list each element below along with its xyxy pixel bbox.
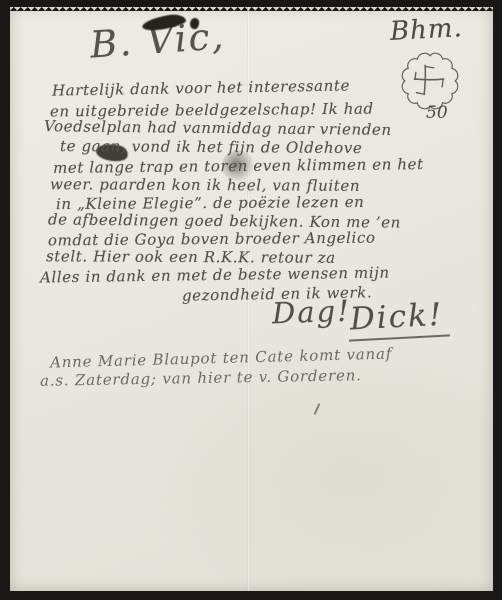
- body-line: met lange trap en toren even klimmen en …: [53, 155, 424, 177]
- body-line: Voedselplan had vanmiddag naar vrienden: [44, 117, 392, 139]
- torn-top-edge: [10, 7, 493, 11]
- stamp-value: 50: [426, 103, 448, 123]
- signature: Dick!: [347, 296, 450, 341]
- letter-paper: B. Vic, Bhm. 50 Hartelijk dank voor het …: [10, 7, 493, 591]
- body-line: stelt. Hier ook een R.K.K. retour za: [46, 247, 336, 267]
- body-line: omdat die Goya boven broeder Angelico: [48, 229, 376, 250]
- body-line: Hartelijk dank voor het interessante: [52, 76, 350, 99]
- closing-word: Dag!: [271, 294, 351, 331]
- corner-note: Bhm.: [389, 13, 463, 47]
- stray-pencil-mark: [314, 403, 321, 415]
- body-line: weer. paarden kon ik heel, van fluiten: [50, 175, 360, 195]
- body-line: te gaan, vond ik het fijn de Oldehove: [60, 137, 362, 157]
- screenshot-root: { "scene": { "background_color": "#1a181…: [0, 0, 502, 600]
